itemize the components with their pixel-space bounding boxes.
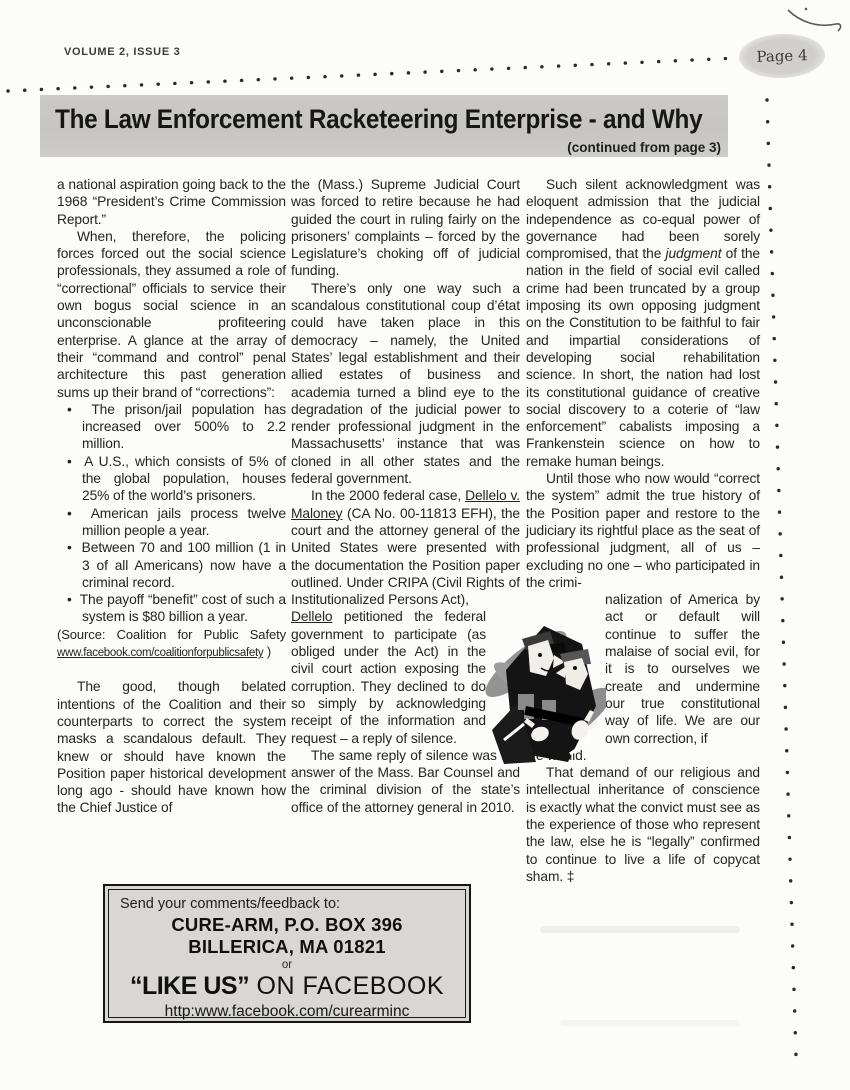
bullet-item: The prison/jail population has increased… <box>57 401 286 453</box>
like-us-line: “LIKE US” ON FACEBOOK <box>109 972 465 1001</box>
scan-smudge <box>540 926 740 933</box>
article-title: The Law Enforcement Racketeering Enterpr… <box>55 104 702 135</box>
text-run: Until those who now would “correct the s… <box>526 471 760 590</box>
scanned-newsletter-page: VOLUME 2, ISSUE 3 Page 4 The Law Enforce… <box>0 0 850 1090</box>
org-address-line2: BILLERICA, MA 01821 <box>109 936 465 958</box>
paragraph: the (Mass.) Supreme Judicial Court was f… <box>291 176 520 280</box>
article-title-bar: The Law Enforcement Racketeering Enterpr… <box>40 95 728 157</box>
text-run: (Source: Coalition for Public Safety <box>57 627 286 642</box>
text-run: When, therefore, the policing forces for… <box>57 229 286 400</box>
org-address-line1: CURE-ARM, P.O. BOX 396 <box>109 914 465 936</box>
paragraph: a national aspiration going back to the … <box>57 176 286 228</box>
page-number-badge: Page 4 <box>738 33 825 80</box>
feedback-box: Send your comments/feedback to: CURE-ARM… <box>103 884 471 1023</box>
top-dotted-rule <box>8 58 737 91</box>
text-run: petitioned the federal government to par… <box>291 609 486 745</box>
bullet-item: A U.S., which consists of 5% of the glob… <box>57 453 286 505</box>
page-number-label: Page 4 <box>756 46 808 66</box>
text-run: the (Mass.) Supreme Judicial Court was f… <box>291 177 520 278</box>
text-run: of the nation in the field of social evi… <box>526 246 760 469</box>
text-run: That demand of our religious and intelle… <box>526 765 760 884</box>
paragraph: In the 2000 federal case, Dellelo v. Mal… <box>291 487 520 608</box>
text-run: In the 2000 federal case, <box>311 488 465 503</box>
scan-smudge <box>560 1020 740 1026</box>
feedback-intro: Send your comments/feedback to: <box>109 896 465 912</box>
bullet-item: The payoff “benefit” cost of such a syst… <box>57 591 286 626</box>
paragraph: When, therefore, the policing forces for… <box>57 228 286 401</box>
text-run: The good, though belated intentions of t… <box>57 679 286 815</box>
like-us-text: “LIKE US” <box>130 972 249 1000</box>
facebook-url: http:www.facebook.com/curearminc <box>109 1003 465 1021</box>
feedback-box-inner: Send your comments/feedback to: CURE-ARM… <box>108 889 466 1018</box>
continued-from-note: (continued from page 3) <box>567 140 721 155</box>
on-facebook-text: ON FACEBOOK <box>249 972 444 1000</box>
paragraph: Until those who now would “correct the s… <box>526 470 760 591</box>
article-column-3: Such silent acknowledgment was eloquent … <box>526 176 760 885</box>
bullet-item: American jails process twelve million pe… <box>57 505 286 540</box>
paragraph: That demand of our religious and intelle… <box>526 764 760 885</box>
paragraph: There’s only one way such a scandalous c… <box>291 280 520 488</box>
text-run: nalization of America by act or default … <box>605 592 760 745</box>
or-label: or <box>109 959 465 971</box>
facebook-source-link: www.facebook.com/coalitionforpublicsafet… <box>57 647 263 659</box>
source-note: (Source: Coalition for Public Safety www… <box>57 626 286 663</box>
officer-eye <box>538 653 542 657</box>
text-run: a national aspiration going back to the … <box>57 177 286 227</box>
italic-text: judgment <box>665 246 721 261</box>
article-column-1: a national aspiration going back to the … <box>57 176 286 817</box>
paragraph: Such silent acknowledgment was eloquent … <box>526 176 760 470</box>
bullet-item: Between 70 and 100 million (1 in 3 of al… <box>57 539 286 591</box>
text-run: There’s only one way such a scandalous c… <box>291 281 520 486</box>
right-dotted-rule <box>767 100 796 1056</box>
case-party-name: Dellelo <box>291 609 332 624</box>
paragraph: The good, though belated intentions of t… <box>57 678 286 816</box>
masthead-volume-issue: VOLUME 2, ISSUE 3 <box>64 46 180 58</box>
text-run: ) <box>263 644 271 659</box>
pen-mark <box>788 10 841 31</box>
bullet-list: The prison/jail population has increased… <box>57 401 286 626</box>
pen-dot <box>805 8 808 11</box>
arrest-struggle-clipart <box>484 610 606 770</box>
man-eye <box>573 666 577 670</box>
